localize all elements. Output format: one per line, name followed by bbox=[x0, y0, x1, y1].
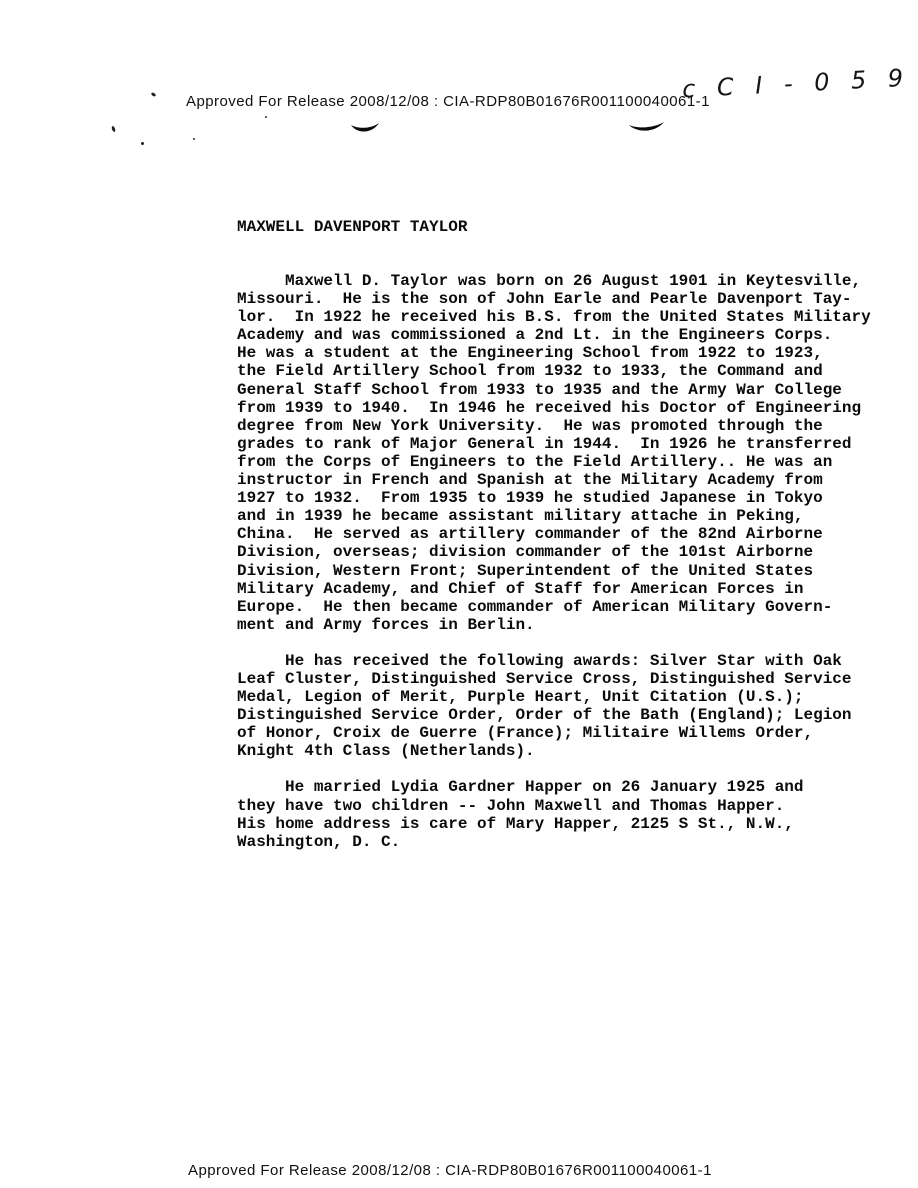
scanned-document-page: Approved For Release 2008/12/08 : CIA-RD… bbox=[0, 0, 918, 1188]
scan-speck bbox=[111, 126, 116, 133]
scan-speck bbox=[265, 116, 267, 118]
release-stamp-top: Approved For Release 2008/12/08 : CIA-RD… bbox=[186, 93, 710, 110]
handwritten-marking: c C I - 0 5 9 2 bbox=[681, 65, 892, 104]
scan-speck bbox=[141, 142, 144, 145]
release-stamp-bottom: Approved For Release 2008/12/08 : CIA-RD… bbox=[188, 1162, 712, 1179]
document-body: Maxwell D. Taylor was born on 26 August … bbox=[237, 272, 897, 869]
biography-paragraph: Maxwell D. Taylor was born on 26 August … bbox=[237, 272, 897, 634]
scan-speck bbox=[193, 138, 195, 140]
scan-mark-icon bbox=[628, 121, 665, 139]
family-paragraph: He married Lydia Gardner Happer on 26 Ja… bbox=[237, 778, 897, 850]
scan-speck bbox=[151, 92, 157, 97]
awards-paragraph: He has received the following awards: Si… bbox=[237, 652, 897, 761]
scan-mark-icon bbox=[350, 122, 380, 140]
document-title: MAXWELL DAVENPORT TAYLOR bbox=[237, 218, 467, 236]
